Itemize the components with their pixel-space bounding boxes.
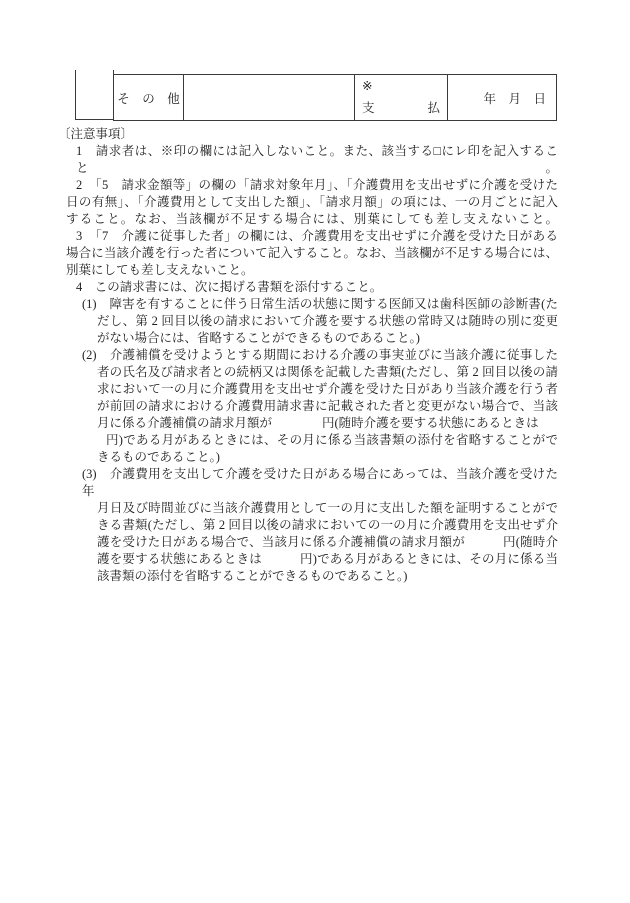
note-line: (1) 障害を有することに伴う日常生活の状態に関する医師又は歯科医師の診断書(た: [0, 296, 630, 313]
note-line: (3) 介護費用を支出して介護を受けた日がある場合にあっては、当該介護を受けた年: [0, 466, 630, 500]
note-line: 4 この請求書には、次に掲げる書類を添付すること。: [0, 279, 630, 296]
other-label: そ の 他: [117, 89, 180, 107]
note-line: 該書類の添付を省略することができるものであること。): [0, 568, 630, 585]
other-value-cell: [184, 75, 355, 120]
notes-section: 〔注意事項〕 1 請求者は、※印の欄には記入しないこと。また、該当する□にレ印を…: [0, 126, 630, 585]
note-line: 別葉にしても差し支えないこと。: [0, 262, 630, 279]
document-page: そ の 他 ※ 支払 年 月 日 〔注意事項〕 1 請求者は、※印の欄には記入し…: [0, 0, 630, 903]
note-line: がない場合には、省略することができるものであること。): [0, 330, 630, 347]
table-left-stub-column: [75, 70, 114, 120]
note-line: きるものであること。): [0, 449, 630, 466]
reference-mark-icon: ※: [362, 78, 440, 94]
note-line: 護を受けた日がある場合で、当該月に係る介護補償の請求月額が 円(随時介: [0, 534, 630, 551]
payment-label-row: 支払: [362, 98, 440, 116]
other-row: そ の 他 ※ 支払 年 月 日: [113, 74, 557, 121]
note-line: 月日及び時間並びに当該介護費用として一の月に支出した額を証明することがで: [0, 500, 630, 517]
note-line: 場合に当該介護を行った者について記入すること。なお、当該欄が不足する場合には、: [0, 245, 630, 262]
payment-cell: ※ 支払: [355, 75, 448, 120]
date-label: 年 月 日: [483, 89, 546, 107]
note-line: だし、第 2 回目以後の請求において介護を要する状態の常時又は随時の別に変更: [0, 313, 630, 330]
note-line: 1 請求者は、※印の欄には記入しないこと。また、該当する□にレ印を記入すること。: [0, 143, 630, 177]
note-line: すること。なお、当該欄が不足する場合には、別葉にしても差し支えないこと。: [0, 211, 630, 228]
payment-label-right: 払: [427, 98, 440, 116]
notes-header: 〔注意事項〕: [0, 126, 630, 143]
note-line: 護を要する状態にあるときは 円)である月があるときには、その月に係る当: [0, 551, 630, 568]
note-line: が前回の請求における介護費用請求書に記載された者と変更がない場合で、当該: [0, 398, 630, 415]
other-label-cell: そ の 他: [114, 75, 184, 120]
note-line: 円)である月があるときには、その月に係る当該書類の添付を省略することがで: [0, 432, 630, 449]
payment-label-left: 支: [362, 98, 375, 116]
note-line: 月に係る介護補償の請求月額が 円(随時介護を要する状態にあるときは: [0, 415, 630, 432]
note-line: きる書類(ただし、第 2 回目以後の請求においての一の月に介護費用を支出せず介: [0, 517, 630, 534]
note-line: 求において一の月に介護費用を支出せず介護を受けた日があり当該介護を行う者: [0, 381, 630, 398]
note-line: 2 「5 請求金額等」の欄の「請求対象年月」、「介護費用を支出せずに介護を受けた: [0, 177, 630, 194]
note-line: 者の氏名及び請求者との続柄又は関係を記載した書類(ただし、第 2 回目以後の請: [0, 364, 630, 381]
note-line: (2) 介護補償を受けようとする期間における介護の事実並びに当該介護に従事した: [0, 347, 630, 364]
note-line: 日の有無」、「介護費用として支出した額」、「請求月額」の項には、一の月ごとに記入: [0, 194, 630, 211]
note-line: 3 「7 介護に従事した者」の欄には、介護費用を支出せずに介護を受けた日がある: [0, 228, 630, 245]
date-cell: 年 月 日: [448, 75, 556, 120]
